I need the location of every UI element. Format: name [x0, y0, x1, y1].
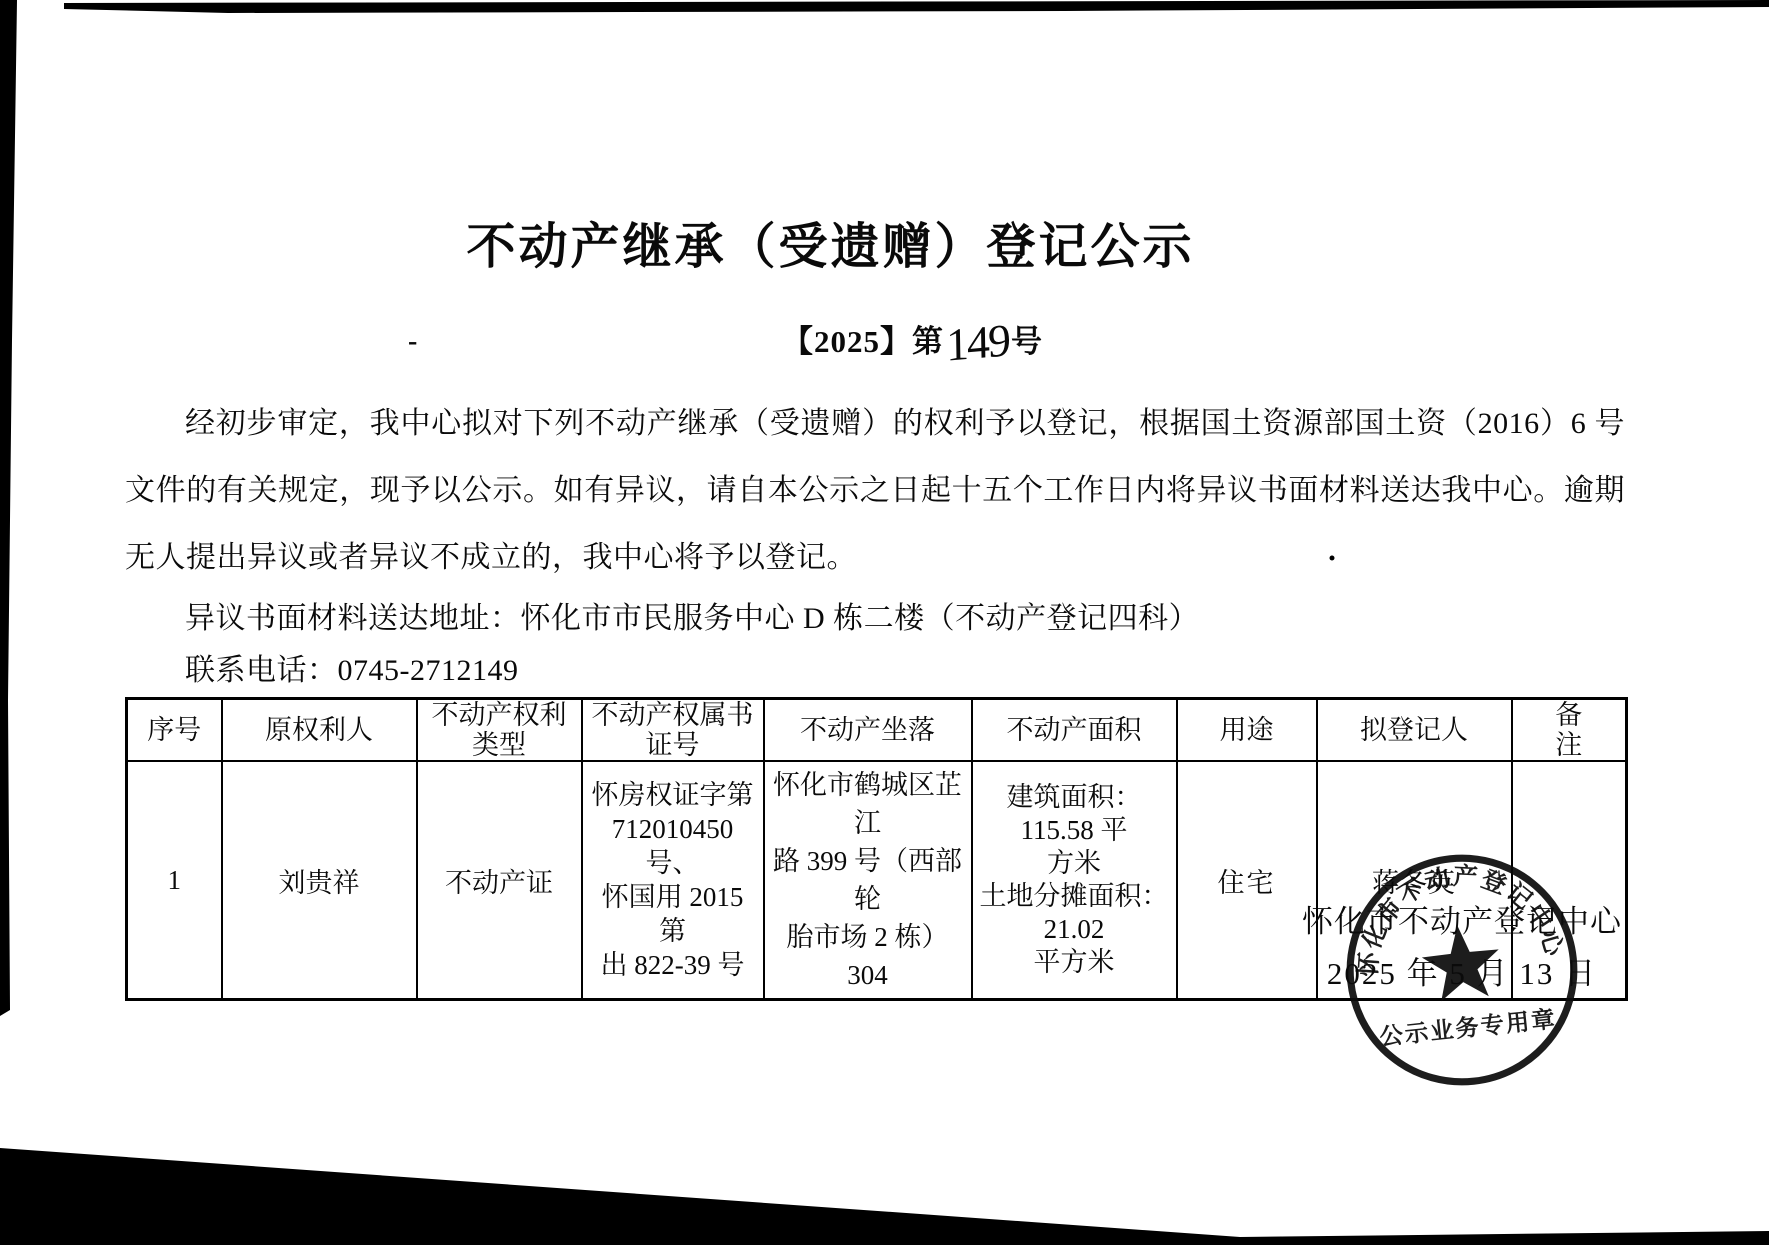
scan-edge-bottom	[0, 1148, 1769, 1245]
body-paragraph: 经初步审定，我中心拟对下列不动产继承（受遗赠）的权利予以登记，根据国土资源部国土…	[125, 390, 1625, 591]
cell-seq: 1	[127, 761, 222, 1000]
scanned-document-page: { "page": { "title": "不动产继承（受遗赠）登记公示", "…	[0, 0, 1769, 1245]
col-registrant: 拟登记人	[1317, 699, 1512, 762]
col-seq: 序号	[127, 699, 222, 762]
signature-block: 怀化市不动产登记中心 2025 年 5 月 13 日	[1300, 902, 1624, 994]
scan-edge-top	[64, 0, 1769, 13]
stamp-bottom-text: 公示业务专用章	[1378, 1005, 1558, 1051]
cell-area: 建筑面积：115.58 平 方米 土地分摊面积：21.02 平方米	[972, 761, 1177, 1000]
cell-cert-no: 怀房权证字第 712010450 号、 怀国用 2015 第 出 822-39 …	[582, 761, 764, 1000]
cell-location: 怀化市鹤城区芷江 路 399 号（西部轮 胎市场 2 栋）304	[764, 761, 972, 1000]
address-line: 异议书面材料送达地址：怀化市市民服务中心 D 栋二楼（不动产登记四科）	[125, 591, 1625, 647]
page-title: 不动产继承（受遗赠）登记公示	[0, 208, 1715, 278]
doc-number: 【2025】第149号	[28, 316, 1769, 369]
col-location: 不动产坐落	[764, 699, 972, 762]
doc-number-suffix: 号	[1011, 324, 1043, 359]
col-use: 用途	[1177, 699, 1317, 762]
col-original-holder: 原权利人	[222, 699, 417, 762]
doc-number-handwritten: 149	[946, 313, 1010, 372]
cell-right-type: 不动产证	[417, 761, 582, 1000]
signature-org: 怀化市不动产登记中心	[1300, 902, 1624, 942]
cell-use: 住宅	[1177, 761, 1317, 1000]
col-remarks: 备 注	[1512, 699, 1627, 762]
col-cert-no: 不动产权属书 证号	[582, 699, 764, 762]
col-area: 不动产面积	[972, 699, 1177, 762]
stray-dash-mark: -	[408, 326, 417, 358]
phone-line: 联系电话：0745-2712149	[125, 647, 1625, 695]
signature-date: 2025 年 5 月 13 日	[1300, 954, 1624, 994]
table-header-row: 序号 原权利人 不动产权利 类型 不动产权属书 证号 不动产坐落 不动产面积 用…	[127, 699, 1627, 762]
cell-original-holder: 刘贵祥	[222, 761, 417, 1000]
scan-edge-left	[0, 0, 17, 1016]
col-right-type: 不动产权利 类型	[417, 699, 582, 762]
doc-number-prefix: 【2025】第	[782, 324, 944, 359]
